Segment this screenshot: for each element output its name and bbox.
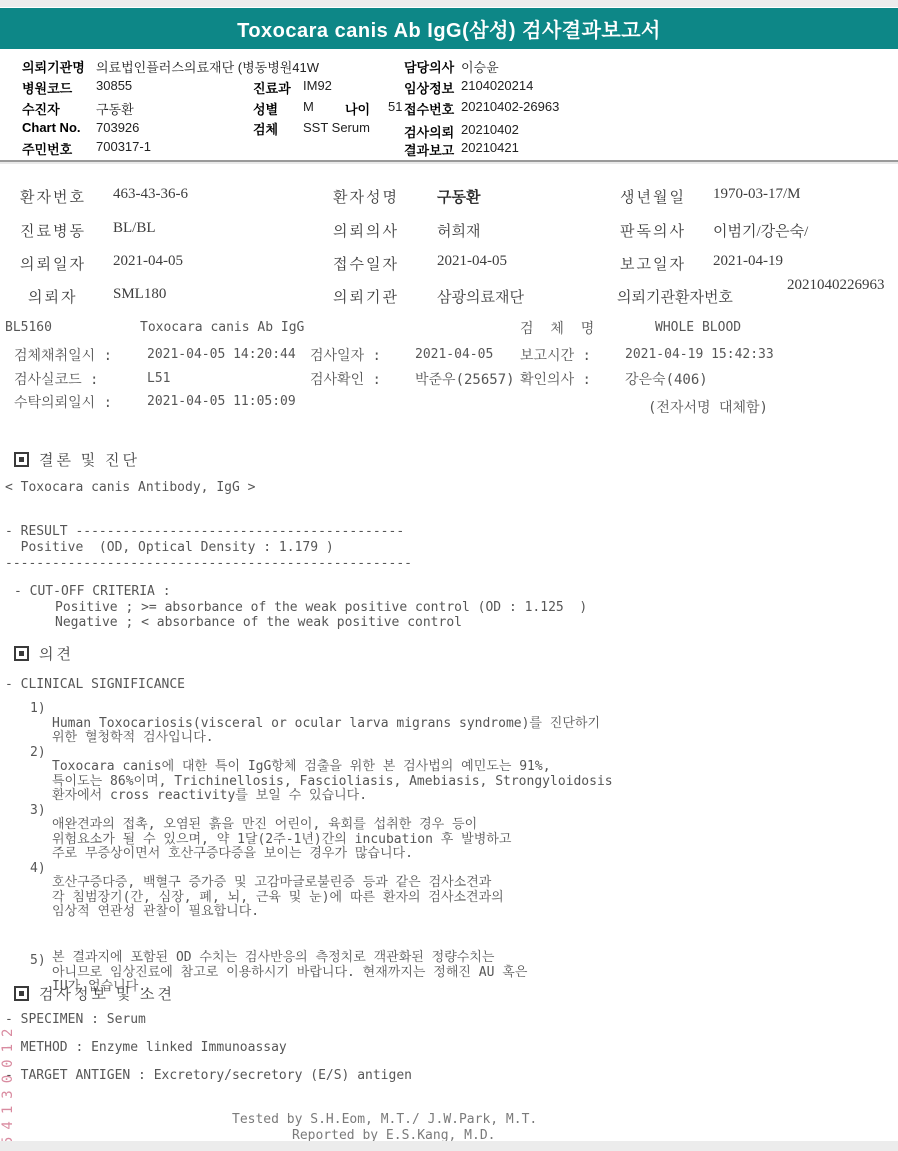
result-report-value: 20210421 bbox=[461, 140, 519, 155]
hospital-code-label: 병원코드 bbox=[22, 78, 72, 97]
bottom-strip bbox=[0, 1141, 898, 1151]
test-info-section-header: 검사정보 및 소견 bbox=[14, 983, 175, 1004]
resident-no-label: 주민번호 bbox=[22, 139, 72, 158]
test-date-label: 검사일자 : bbox=[310, 345, 381, 365]
target-antigen-line: - TARGET ANTIGEN : Excretory/secretory (… bbox=[5, 1068, 412, 1083]
verified-by-label: 검사확인 : bbox=[310, 369, 381, 389]
examinee-label: 수진자 bbox=[22, 99, 60, 118]
test-name: Toxocara canis Ab IgG bbox=[140, 320, 304, 335]
result-value: Positive (OD, Optical Density : 1.179 ) bbox=[5, 540, 334, 555]
collected-value: 2021-04-05 14:20:44 bbox=[147, 347, 296, 362]
clinical-item-4: 4)호산구증다증, 백혈구 증가증 및 고감마글로불린증 등과 같은 검사소견과… bbox=[0, 862, 898, 920]
report-time-label: 보고시간 : bbox=[520, 345, 591, 365]
page-title: Toxocara canis Ab IgG(삼성) 검사결과보고서 bbox=[237, 14, 661, 43]
specimen-name-value: WHOLE BLOOD bbox=[655, 320, 741, 335]
tested-by-line: Tested by S.H.Eom, M.T./ J.W.Park, M.T. bbox=[232, 1112, 537, 1127]
resident-no-value: 700317-1 bbox=[96, 139, 151, 154]
attending-doctor-value: 이승윤 bbox=[461, 57, 499, 76]
department-value: IM92 bbox=[303, 78, 332, 93]
birth-date-label: 생년월일 bbox=[620, 186, 686, 207]
report-time-value: 2021-04-19 15:42:33 bbox=[625, 347, 774, 362]
sex-value: M bbox=[303, 99, 314, 114]
clinical-item-5-number: 5) bbox=[30, 954, 46, 969]
conclusion-section-title: 결론 및 진단 bbox=[39, 449, 140, 470]
lab-report-page: { "colors":{"accent_teal":"#0d8787","sid… bbox=[0, 0, 898, 1151]
reading-doctor-value: 이범기/강은숙/ bbox=[713, 220, 808, 241]
collected-label: 검체채취일시 : bbox=[14, 345, 112, 365]
chart-no-value: 703926 bbox=[96, 120, 139, 135]
specimen-label: 검체 bbox=[253, 119, 278, 138]
header-separator bbox=[0, 160, 898, 164]
clinical-item-3-number: 3) bbox=[30, 804, 46, 819]
section-bullet-icon bbox=[14, 452, 29, 467]
lab-code-value: L51 bbox=[147, 371, 170, 386]
chart-no-label: Chart No. bbox=[22, 120, 81, 135]
confirm-doctor-label: 확인의사 : bbox=[520, 369, 591, 389]
specimen-value: SST Serum bbox=[303, 120, 370, 135]
test-request-value: 20210402 bbox=[461, 122, 519, 137]
report-title-bar: Toxocara canis Ab IgG(삼성) 검사결과보고서 bbox=[0, 8, 898, 49]
request-date-value: 2021-04-05 bbox=[113, 253, 183, 270]
ward-value: BL/BL bbox=[113, 220, 156, 237]
section-bullet-icon bbox=[14, 646, 29, 661]
opinion-section-title: 의견 bbox=[39, 643, 74, 664]
sex-label: 성별 bbox=[253, 99, 278, 118]
request-doctor-value: 허희재 bbox=[437, 220, 480, 241]
clinical-item-4-text: 호산구증다증, 백혈구 증가증 및 고감마글로불린증 등과 같은 검사소견과 각… bbox=[52, 875, 504, 919]
clinical-info-label: 임상정보 bbox=[404, 78, 454, 97]
patient-name-value: 구동환 bbox=[437, 186, 480, 207]
esignature-note: (전자서명 대체함) bbox=[648, 397, 768, 417]
clinical-item-4-number: 4) bbox=[30, 862, 46, 877]
request-org-value: 삼광의료재단 bbox=[437, 286, 524, 307]
age-label: 나이 bbox=[345, 99, 370, 118]
lab-code-label: 검사실코드 : bbox=[14, 369, 98, 389]
clinical-item-1-text: Human Toxocariosis(visceral or ocular la… bbox=[52, 716, 600, 746]
age-value: 51 bbox=[388, 99, 402, 114]
request-doctor-label: 의뢰의사 bbox=[333, 220, 399, 241]
clinical-item-1-number: 1) bbox=[30, 702, 46, 717]
request-org-label: 의뢰기관 bbox=[333, 286, 399, 307]
clinical-item-2-text: Toxocara canis에 대한 특이 IgG항체 검출을 위한 본 검사법… bbox=[52, 759, 613, 803]
clinical-item-2-number: 2) bbox=[30, 746, 46, 761]
department-label: 진료과 bbox=[253, 78, 291, 97]
org-value: 의료법인플러스의료재단 (병동병원41W bbox=[96, 57, 319, 76]
specimen-name-label: 검 체 명 bbox=[520, 318, 594, 338]
clinical-significance-list: 1)Human Toxocariosis(visceral or ocular … bbox=[0, 702, 898, 995]
examinee-value: 구동환 bbox=[96, 99, 134, 118]
hospital-code-value: 30855 bbox=[96, 78, 132, 93]
clinical-significance-title: - CLINICAL SIGNIFICANCE bbox=[5, 677, 185, 692]
attending-doctor-label: 담당의사 bbox=[404, 57, 454, 76]
patient-name-label: 환자성명 bbox=[333, 186, 399, 207]
receive-date-value: 2021-04-05 bbox=[437, 253, 507, 270]
receipt-no-value: 20210402-26963 bbox=[461, 99, 559, 114]
cutoff-positive: Positive ; >= absorbance of the weak pos… bbox=[55, 600, 587, 615]
side-code-vertical-text: 54130012 bbox=[0, 955, 16, 1145]
birth-date-value: 1970-03-17/M bbox=[713, 186, 801, 203]
test-info-section-title: 검사정보 및 소견 bbox=[39, 983, 175, 1004]
clinical-item-3-text: 애완견과의 접촉, 오염된 흙을 만진 어린이, 육회를 섭취한 경우 등이 위… bbox=[52, 817, 511, 861]
receipt-no-label: 접수번호 bbox=[404, 99, 454, 118]
entrust-value: 2021-04-05 11:05:09 bbox=[147, 394, 296, 409]
opinion-section-header: 의견 bbox=[14, 643, 74, 664]
section-bullet-icon bbox=[14, 986, 29, 1001]
requester-value: SML180 bbox=[113, 286, 166, 303]
test-date-value: 2021-04-05 bbox=[415, 347, 493, 362]
org-label: 의뢰기관명 bbox=[22, 57, 85, 76]
patient-no-label: 환자번호 bbox=[20, 186, 86, 207]
clinical-item-3: 3)애완견과의 접촉, 오염된 흙을 만진 어린이, 육회를 섭취한 경우 등이… bbox=[0, 804, 898, 862]
requester-label: 의뢰자 bbox=[28, 286, 77, 307]
cutoff-negative: Negative ; < absorbance of the weak posi… bbox=[55, 615, 462, 630]
report-date-label: 보고일자 bbox=[620, 253, 686, 274]
org-patient-no-value: 2021040226963 bbox=[787, 277, 891, 293]
test-request-label: 검사의뢰 bbox=[404, 122, 454, 141]
top-strip bbox=[0, 0, 898, 7]
entrust-label: 수탁의뢰일시 : bbox=[14, 392, 112, 412]
reading-doctor-label: 판독의사 bbox=[620, 220, 686, 241]
result-line: - RESULT -------------------------------… bbox=[5, 524, 404, 539]
clinical-item-1: 1)Human Toxocariosis(visceral or ocular … bbox=[0, 702, 898, 746]
clinical-info-value: 2104020214 bbox=[461, 78, 533, 93]
specimen-line: - SPECIMEN : Serum bbox=[5, 1012, 146, 1027]
org-patient-no-label: 의뢰기관환자번호 bbox=[617, 286, 733, 307]
ward-label: 진료병동 bbox=[20, 220, 86, 241]
conclusion-section-header: 결론 및 진단 bbox=[14, 449, 140, 470]
cutoff-title: - CUT-OFF CRITERIA : bbox=[14, 584, 171, 599]
report-date-value: 2021-04-19 bbox=[713, 253, 783, 270]
clinical-item-2: 2)Toxocara canis에 대한 특이 IgG항체 검출을 위한 본 검… bbox=[0, 746, 898, 804]
method-line: - METHOD : Enzyme linked Immunoassay bbox=[5, 1040, 287, 1055]
confirm-doctor-value: 강은숙(406) bbox=[625, 369, 708, 389]
verified-by-value: 박준우(25657) bbox=[415, 369, 515, 389]
test-code: BL5160 bbox=[5, 320, 52, 335]
receive-date-label: 접수일자 bbox=[333, 253, 399, 274]
result-report-label: 결과보고 bbox=[404, 140, 454, 159]
result-closing-dashes: ----------------------------------------… bbox=[5, 556, 412, 571]
assay-header: < Toxocara canis Antibody, IgG > bbox=[5, 480, 255, 495]
patient-no-value: 463-43-36-6 bbox=[113, 186, 188, 203]
request-date-label: 의뢰일자 bbox=[20, 253, 86, 274]
